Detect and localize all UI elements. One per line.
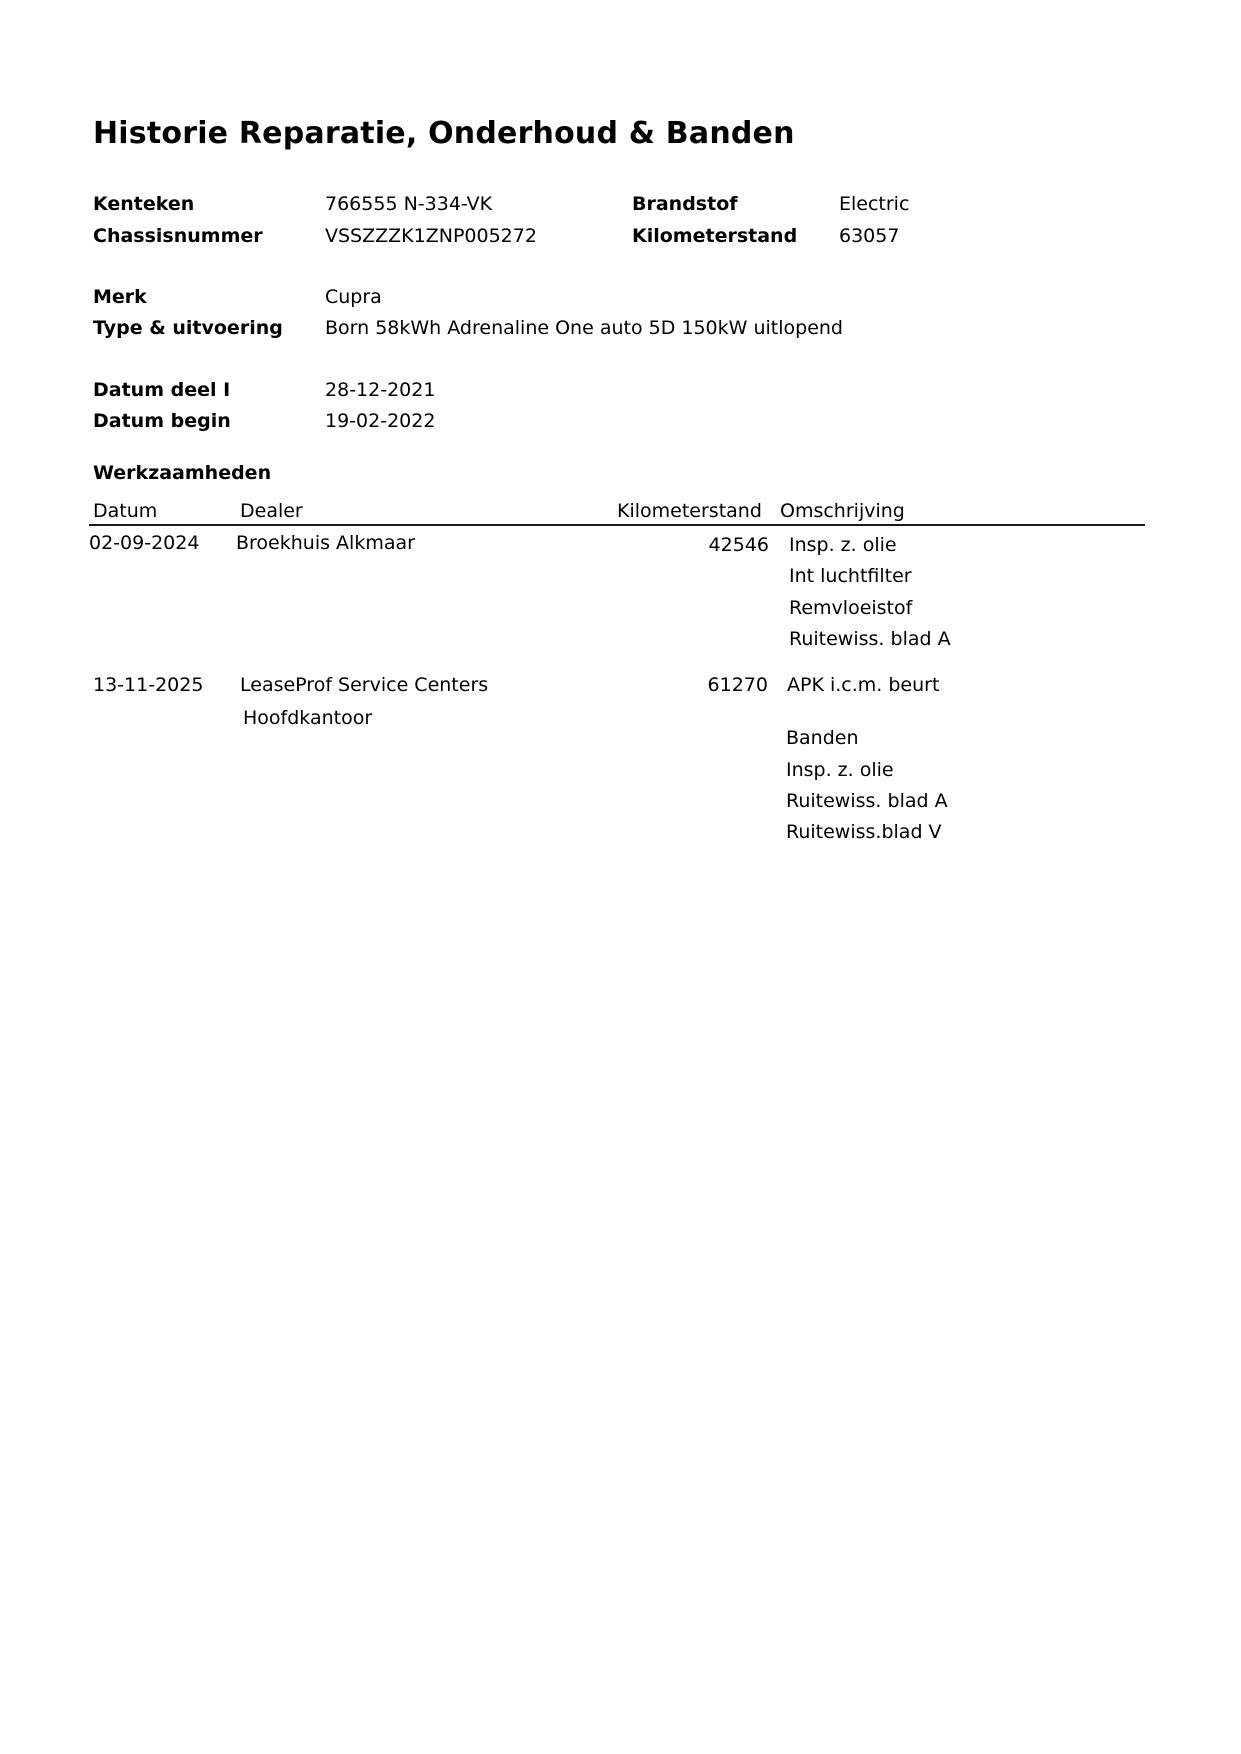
kilometerstand-value: 63057 bbox=[839, 225, 899, 247]
datum-begin-value: 19-02-2022 bbox=[325, 410, 435, 432]
chassisnummer-value: VSSZZZK1ZNP005272 bbox=[325, 225, 537, 247]
header-rule bbox=[89, 524, 1145, 526]
merk-value: Cupra bbox=[325, 286, 382, 308]
row-dealer: LeaseProf Service Centers bbox=[240, 674, 488, 696]
row-dealer: Broekhuis Alkmaar bbox=[236, 532, 415, 554]
row-omschrijving-item: Remvloeistof bbox=[789, 597, 912, 619]
row-datum: 02-09-2024 bbox=[89, 532, 199, 554]
row-datum: 13-11-2025 bbox=[93, 674, 203, 696]
row-omschrijving-item: Insp. z. olie bbox=[789, 534, 897, 556]
row-kilometerstand: 42546 bbox=[619, 534, 769, 556]
column-header-kilometerstand: Kilometerstand bbox=[617, 500, 762, 522]
kenteken-label: Kenteken bbox=[93, 193, 194, 215]
column-header-dealer: Dealer bbox=[240, 500, 303, 522]
page-title: Historie Reparatie, Onderhoud & Banden bbox=[93, 116, 795, 151]
row-omschrijving-item: Ruitewiss.blad V bbox=[786, 821, 942, 843]
column-header-datum: Datum bbox=[93, 500, 157, 522]
row-omschrijving-item: APK i.c.m. beurt bbox=[787, 674, 939, 696]
type-value: Born 58kWh Adrenaline One auto 5D 150kW … bbox=[325, 317, 843, 339]
type-label: Type & uitvoering bbox=[93, 317, 283, 339]
row-kilometerstand: 61270 bbox=[618, 674, 768, 696]
row-omschrijving-item: Int luchtfilter bbox=[789, 565, 912, 587]
datum-deel-1-label: Datum deel I bbox=[93, 379, 230, 401]
chassisnummer-label: Chassisnummer bbox=[93, 225, 263, 247]
column-header-omschrijving: Omschrijving bbox=[780, 500, 905, 522]
datum-deel-1-value: 28-12-2021 bbox=[325, 379, 435, 401]
row-omschrijving-item: Banden bbox=[786, 727, 859, 749]
row-dealer-line-2: Hoofdkantoor bbox=[243, 707, 372, 729]
row-omschrijving-item: Ruitewiss. blad A bbox=[786, 790, 948, 812]
brandstof-label: Brandstof bbox=[632, 193, 738, 215]
row-omschrijving-item: Insp. z. olie bbox=[786, 759, 894, 781]
merk-label: Merk bbox=[93, 286, 147, 308]
kenteken-value: 766555 N-334-VK bbox=[325, 193, 492, 215]
kilometerstand-label: Kilometerstand bbox=[632, 225, 797, 247]
datum-begin-label: Datum begin bbox=[93, 410, 231, 432]
werkzaamheden-heading: Werkzaamheden bbox=[93, 462, 271, 484]
brandstof-value: Electric bbox=[839, 193, 909, 215]
row-omschrijving-item: Ruitewiss. blad A bbox=[789, 628, 951, 650]
